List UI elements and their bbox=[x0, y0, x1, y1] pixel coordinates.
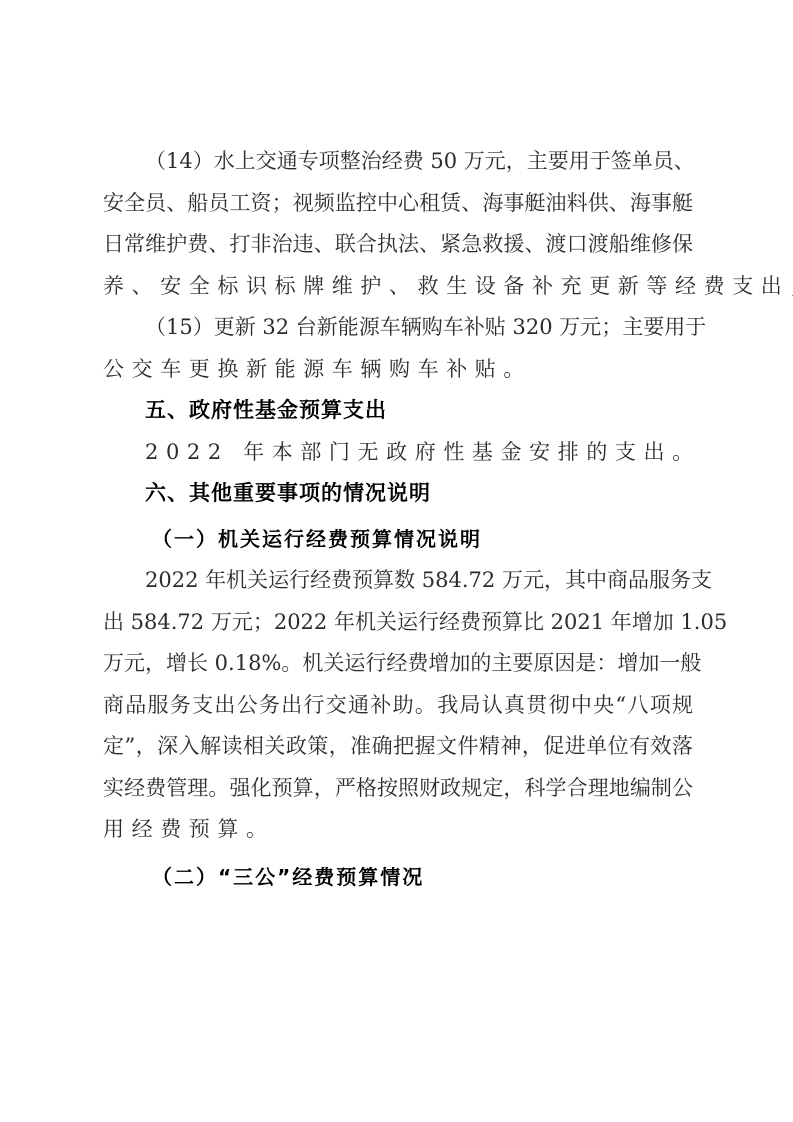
text-line: 定”，深入解读相关政策，准确把握文件精神，促进单位有效落 bbox=[103, 726, 693, 768]
text-line: （15）更新 32 台新能源车辆购车补贴 320 万元；主要用于 bbox=[103, 307, 693, 349]
text-line: 出 584.72 万元；2022 年机关运行经费预算比 2021 年增加 1.0… bbox=[103, 602, 693, 644]
text-line: 养、安全标识标牌维护、救生设备补充更新等经费支出； bbox=[103, 266, 693, 308]
section-heading-6: 六、其他重要事项的情况说明 bbox=[103, 473, 693, 515]
document-page: （14）水上交通专项整治经费 50 万元，主要用于签单员、 安全员、船员工资；视… bbox=[103, 141, 693, 898]
text-line: 万元，增长 0.18%。机关运行经费增加的主要原因是：增加一般 bbox=[103, 643, 693, 685]
paragraph-item-14: （14）水上交通专项整治经费 50 万元，主要用于签单员、 安全员、船员工资；视… bbox=[103, 141, 693, 307]
text-line: 实经费管理。强化预算，严格按照财政规定，科学合理地编制公 bbox=[103, 768, 693, 810]
text-line: 用经费预算。 bbox=[103, 809, 693, 851]
text-line: 日常维护费、打非治违、联合执法、紧急救援、渡口渡船维修保 bbox=[103, 224, 693, 266]
section-heading-5: 五、政府性基金预算支出 bbox=[103, 390, 693, 432]
subsection-heading-2: （二）“三公”经费预算情况 bbox=[103, 857, 693, 899]
paragraph-operating-expenses: 2022 年机关运行经费预算数 584.72 万元，其中商品服务支 出 584.… bbox=[103, 560, 693, 851]
section-5-body: 2022 年本部门无政府性基金安排的支出。 bbox=[103, 432, 693, 474]
text-line: 公交车更换新能源车辆购车补贴。 bbox=[103, 349, 693, 391]
text-line: （14）水上交通专项整治经费 50 万元，主要用于签单员、 bbox=[103, 141, 693, 183]
text-line: 商品服务支出公务出行交通补助。我局认真贯彻中央“八项规 bbox=[103, 685, 693, 727]
text-line: 安全员、船员工资；视频监控中心租赁、海事艇油料供、海事艇 bbox=[103, 183, 693, 225]
paragraph-item-15: （15）更新 32 台新能源车辆购车补贴 320 万元；主要用于 公交车更换新能… bbox=[103, 307, 693, 390]
text-line: 2022 年机关运行经费预算数 584.72 万元，其中商品服务支 bbox=[103, 560, 693, 602]
subsection-heading-1: （一）机关运行经费预算情况说明 bbox=[103, 519, 693, 561]
